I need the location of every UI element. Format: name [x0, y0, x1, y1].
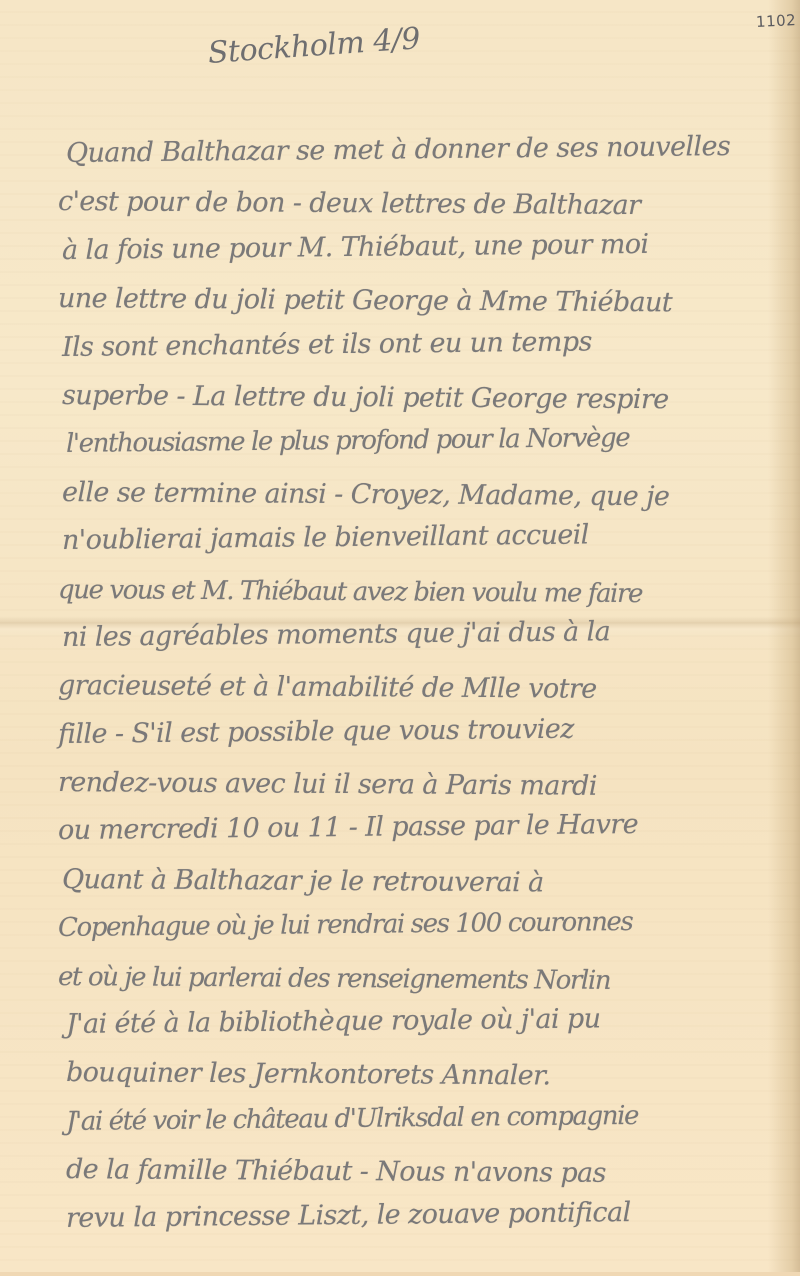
- letter-line: fille - S'il est possible que vous trouv…: [58, 703, 800, 759]
- letter-page: 1102 Stockholm 4/9 Quand Balthazar se me…: [0, 0, 800, 1276]
- letter-line: n'oublierai jamais le bienveillant accue…: [58, 509, 800, 565]
- page-bottom-edge: [0, 1272, 800, 1276]
- letter-line: Quand Balthazar se met à donner de ses n…: [58, 122, 800, 178]
- folio-number: 1102: [755, 11, 796, 31]
- letter-line: J'ai été voir le château d'Ulriksdal en …: [58, 1090, 800, 1146]
- letter-line: revu la princesse Liszt, le zouave ponti…: [58, 1187, 800, 1243]
- letter-body: Quand Balthazar se met à donner de ses n…: [58, 130, 800, 1243]
- letter-line: Ils sont enchantés et ils ont eu un temp…: [58, 316, 800, 372]
- letter-line: l'enthousiasme le plus profond pour la N…: [58, 413, 800, 469]
- letter-line: à la fois une pour M. Thiébaut, une pour…: [58, 219, 800, 275]
- letter-dateline: Stockholm 4/9: [207, 21, 421, 71]
- letter-line: Copenhague où je lui rendrai ses 100 cou…: [58, 896, 800, 952]
- letter-line: J'ai été à la bibliothèque royale où j'a…: [58, 993, 800, 1049]
- letter-line: ou mercredi 10 ou 11 - Il passe par le H…: [58, 800, 800, 856]
- letter-line: ni les agréables moments que j'ai dus à …: [58, 606, 800, 662]
